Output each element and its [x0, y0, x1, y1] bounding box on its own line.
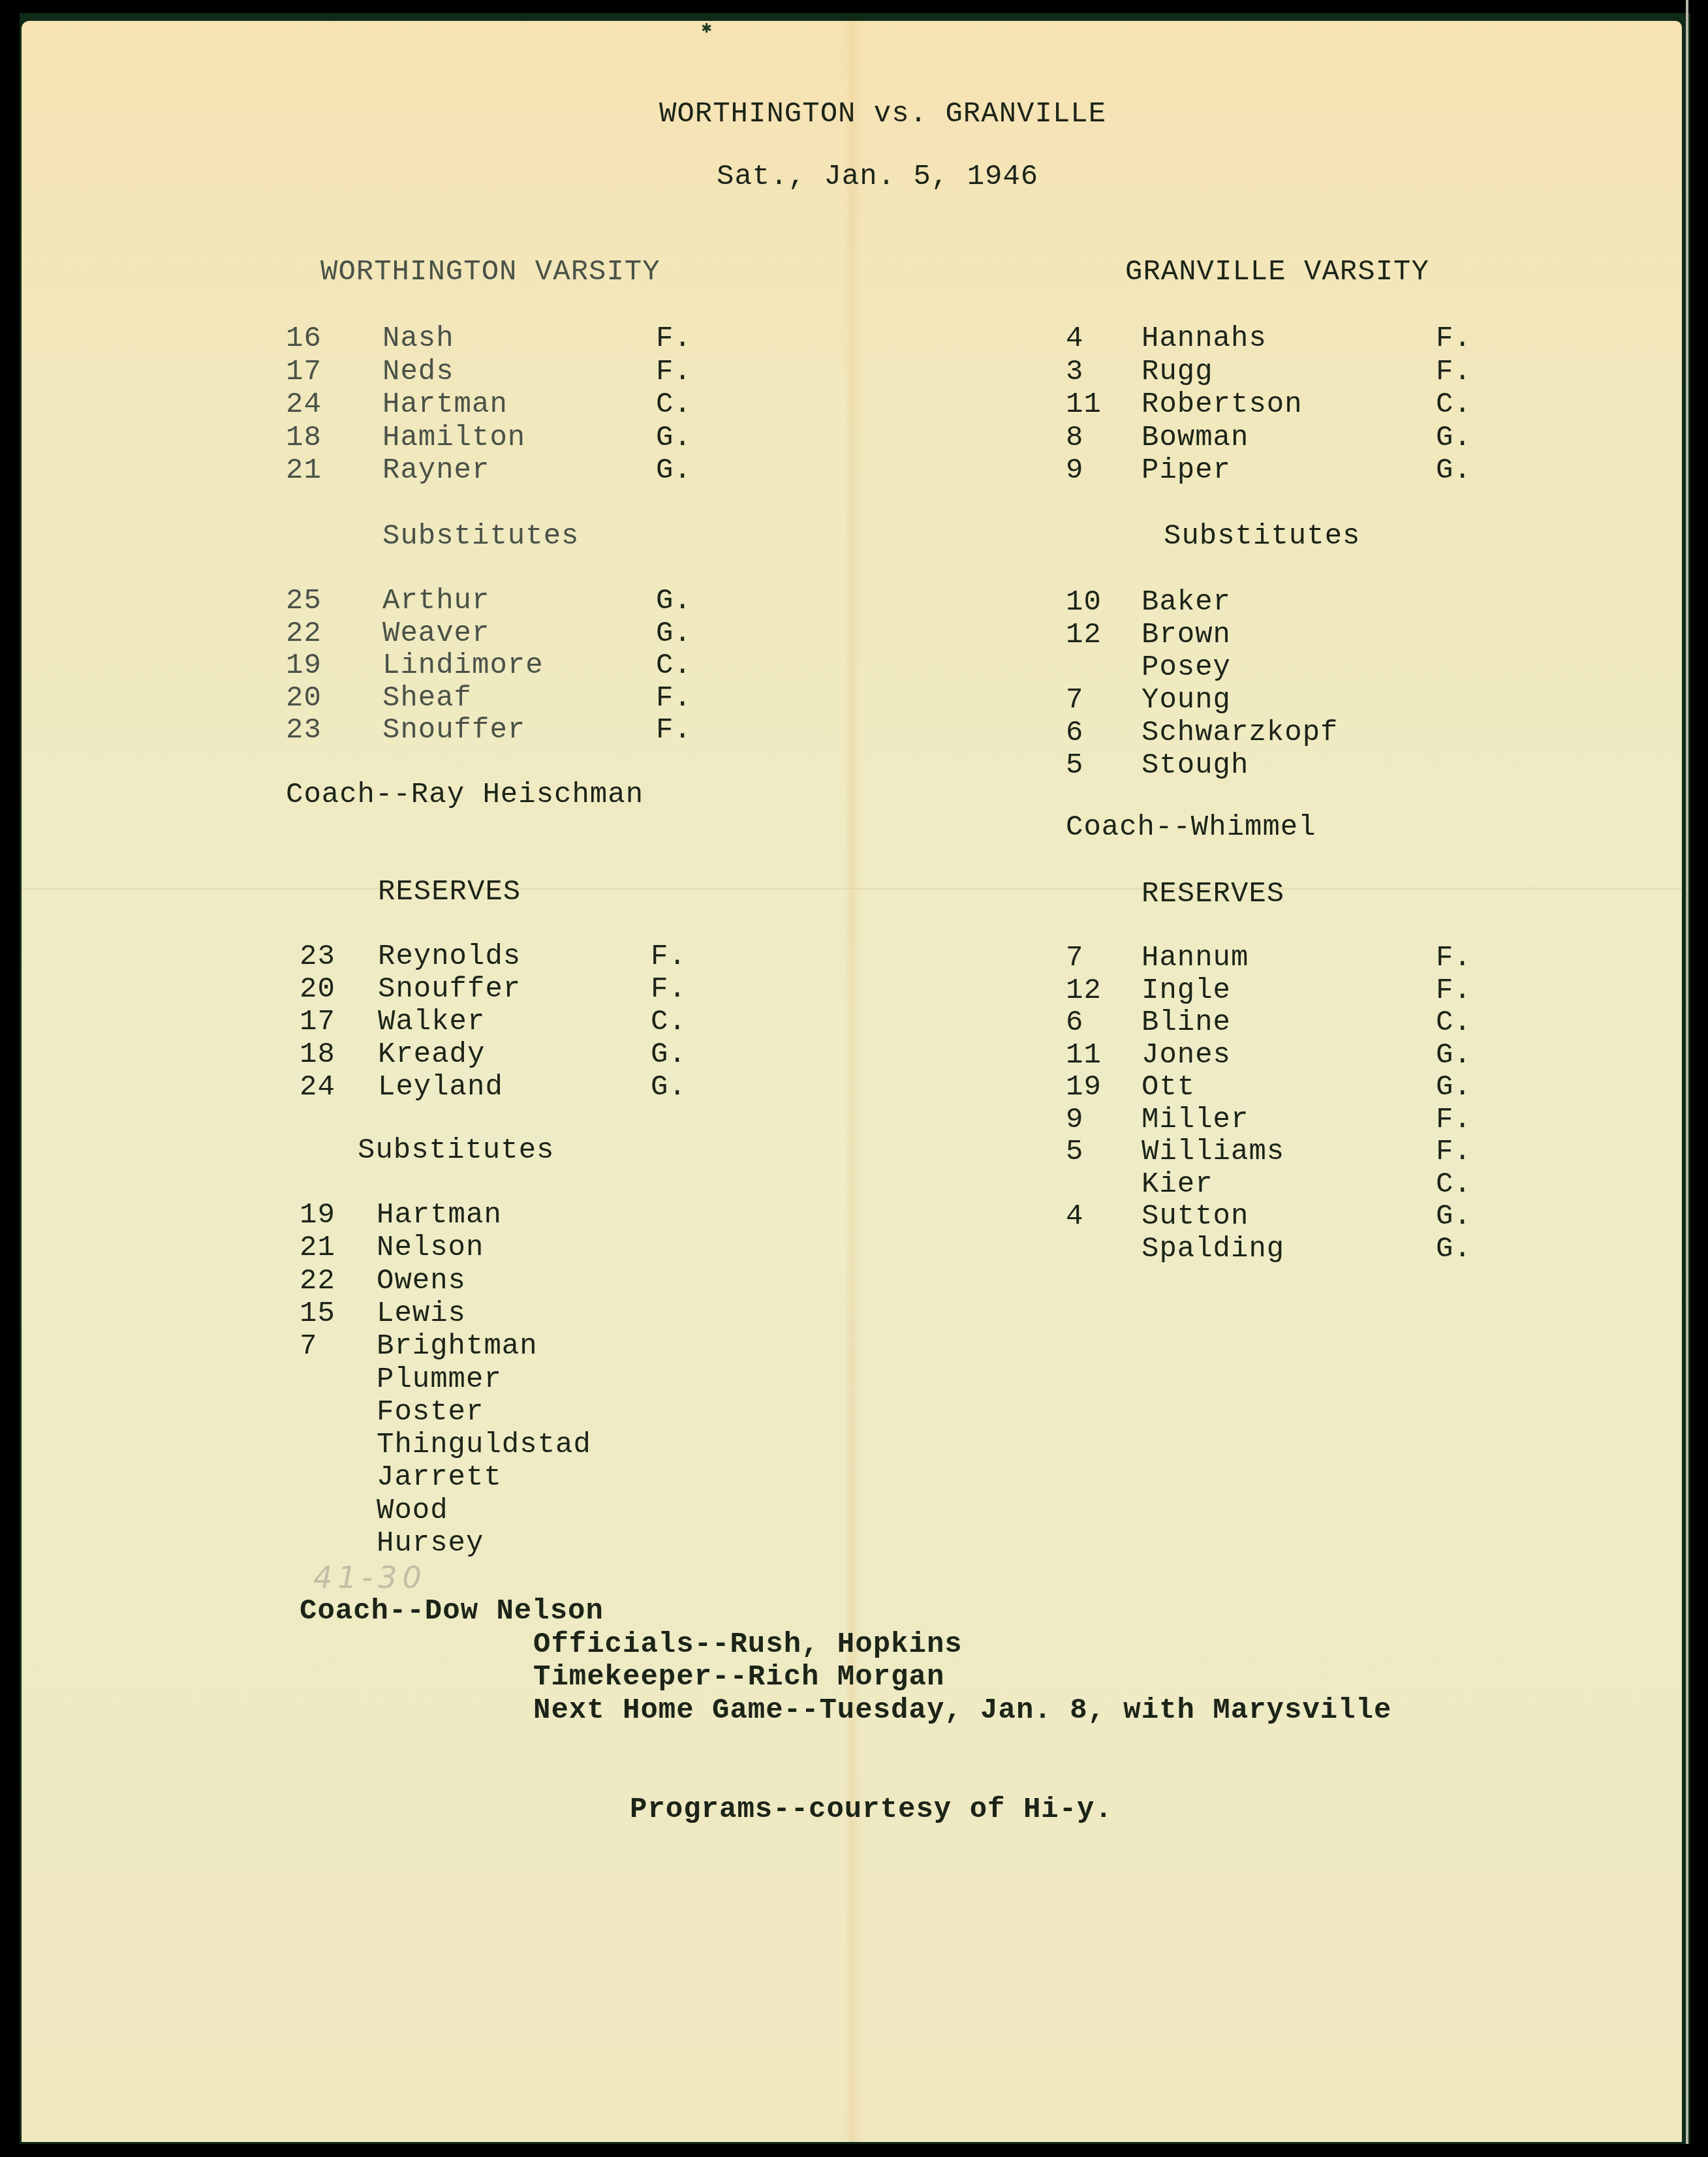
player-number: 9 [1066, 1104, 1083, 1136]
player-name: Sutton [1141, 1200, 1249, 1233]
granville-varsity-heading: GRANVILLE VARSITY [1125, 256, 1429, 288]
player-position: G. [656, 454, 692, 487]
player-name: Jones [1141, 1039, 1231, 1072]
player-number: 20 [286, 682, 322, 715]
player-name: Plummer [377, 1363, 502, 1396]
player-name: Posey [1141, 651, 1231, 684]
player-position: F. [1436, 942, 1472, 974]
player-position: F. [656, 356, 692, 388]
player-position: F. [1436, 322, 1472, 355]
player-position: C. [1436, 1006, 1472, 1039]
player-position: F. [1436, 1104, 1472, 1136]
player-position: F. [656, 682, 692, 715]
player-name: Hannahs [1141, 322, 1267, 355]
player-name: Foster [377, 1396, 484, 1429]
player-number: 19 [300, 1199, 335, 1232]
player-name: Hannum [1141, 942, 1249, 974]
player-name: Ott [1141, 1071, 1195, 1104]
player-name: Piper [1141, 454, 1231, 487]
player-number: 3 [1066, 356, 1083, 388]
granville-reserves-heading: RESERVES [1141, 878, 1284, 910]
game-date: Sat., Jan. 5, 1946 [717, 161, 1038, 193]
granville-substitutes-heading: Substitutes [1164, 520, 1360, 553]
player-name: Arthur [382, 585, 489, 617]
player-number: 4 [1066, 1200, 1083, 1233]
player-position: F. [1436, 1136, 1472, 1168]
player-number: 16 [286, 322, 322, 355]
player-number: 20 [300, 973, 335, 1006]
player-name: Rugg [1141, 356, 1213, 388]
player-name: Lewis [377, 1297, 466, 1330]
player-position: G. [1436, 1039, 1472, 1072]
player-number: 17 [300, 1006, 335, 1038]
player-number: 6 [1066, 717, 1083, 749]
player-position: G. [1436, 1200, 1472, 1233]
player-position: G. [1436, 1233, 1472, 1265]
player-name: Snouffer [378, 973, 521, 1006]
player-name: Schwarzkopf [1141, 717, 1338, 749]
player-position: C. [656, 388, 692, 421]
player-number: 7 [1066, 684, 1083, 717]
ink-blot-mark: ✱ [702, 21, 716, 35]
player-number: 4 [1066, 322, 1083, 355]
player-name: Walker [378, 1006, 485, 1038]
player-name: Young [1141, 684, 1231, 717]
player-name: Nash [382, 322, 454, 355]
player-number: 22 [300, 1265, 335, 1297]
player-position: F. [651, 973, 687, 1006]
player-position: G. [656, 617, 692, 650]
player-name: Spalding [1141, 1233, 1284, 1265]
player-name: Jarrett [377, 1461, 502, 1494]
player-name: Bowman [1141, 422, 1249, 454]
scan-border-line [1686, 0, 1688, 2144]
paper-fold [22, 888, 1682, 890]
player-position: C. [651, 1006, 687, 1038]
player-name: Stough [1141, 749, 1249, 782]
player-number: 18 [286, 422, 322, 454]
player-position: G. [651, 1071, 687, 1104]
player-name: Hartman [382, 388, 508, 421]
player-position: C. [1436, 1168, 1472, 1201]
worthington-reserves-heading: RESERVES [378, 876, 521, 908]
player-position: G. [1436, 1071, 1472, 1104]
player-position: G. [656, 585, 692, 617]
player-name: Thinguldstad [377, 1429, 591, 1461]
next-game-line: Next Home Game--Tuesday, Jan. 8, with Ma… [533, 1694, 1391, 1727]
player-name: Ingle [1141, 974, 1231, 1007]
player-number: 7 [1066, 942, 1083, 974]
player-number: 23 [300, 940, 335, 973]
player-name: Bline [1141, 1006, 1231, 1039]
player-name: Kier [1141, 1168, 1213, 1201]
scan-border-left [0, 0, 20, 2157]
programs-credit: Programs--courtesy of Hi-y. [630, 1793, 1113, 1826]
player-number: 8 [1066, 422, 1083, 454]
player-position: F. [1436, 356, 1472, 388]
player-name: Brown [1141, 619, 1231, 651]
player-number: 23 [286, 714, 322, 747]
player-number: 11 [1066, 388, 1102, 421]
player-name: Miller [1141, 1104, 1249, 1136]
player-position: G. [656, 422, 692, 454]
player-position: F. [656, 322, 692, 355]
player-number: 25 [286, 585, 322, 617]
timekeeper-line: Timekeeper--Rich Morgan [533, 1661, 944, 1694]
page-title: WORTHINGTON vs. GRANVILLE [659, 98, 1106, 131]
player-number: 6 [1066, 1006, 1083, 1039]
worthington-substitutes-heading: Substitutes [382, 520, 579, 553]
player-number: 19 [286, 649, 322, 682]
player-number: 5 [1066, 749, 1083, 782]
player-name: Hartman [377, 1199, 502, 1232]
player-name: Robertson [1141, 388, 1303, 421]
player-name: Owens [377, 1265, 466, 1297]
player-number: 15 [300, 1297, 335, 1330]
player-number: 10 [1066, 586, 1102, 619]
player-name: Weaver [382, 617, 489, 650]
player-number: 12 [1066, 619, 1102, 651]
player-position: F. [651, 940, 687, 973]
player-number: 19 [1066, 1071, 1102, 1104]
player-number: 24 [300, 1071, 335, 1104]
player-position: C. [656, 649, 692, 682]
player-position: C. [1436, 388, 1472, 421]
player-name: Rayner [382, 454, 489, 487]
player-number: 22 [286, 617, 322, 650]
player-name: Baker [1141, 586, 1231, 619]
player-number: 11 [1066, 1039, 1102, 1072]
player-name: Nelson [377, 1232, 484, 1264]
player-number: 18 [300, 1038, 335, 1071]
officials-line: Officials--Rush, Hopkins [533, 1628, 963, 1661]
worthington-reserves-substitutes-heading: Substitutes [358, 1134, 554, 1167]
player-number: 21 [300, 1232, 335, 1264]
player-name: Hursey [377, 1527, 484, 1560]
player-name: Wood [377, 1495, 448, 1527]
player-name: Williams [1141, 1136, 1284, 1168]
player-name: Neds [382, 356, 454, 388]
player-name: Reynolds [378, 940, 521, 973]
player-number: 9 [1066, 454, 1083, 487]
worthington-reserves-coach: Coach--Dow Nelson [300, 1595, 604, 1628]
player-number: 21 [286, 454, 322, 487]
granville-varsity-coach: Coach--Whimmel [1066, 811, 1316, 844]
player-position: G. [1436, 454, 1472, 487]
player-number: 7 [300, 1330, 317, 1363]
player-position: G. [1436, 422, 1472, 454]
pencil-score-note: 41-30 [313, 1560, 427, 1595]
player-position: G. [651, 1038, 687, 1071]
worthington-varsity-coach: Coach--Ray Heischman [286, 779, 644, 811]
player-number: 17 [286, 356, 322, 388]
player-number: 12 [1066, 974, 1102, 1007]
player-position: F. [1436, 974, 1472, 1007]
worthington-varsity-heading: WORTHINGTON VARSITY [320, 256, 660, 288]
player-position: F. [656, 714, 692, 747]
player-name: Sheaf [382, 682, 472, 715]
player-name: Lindimore [382, 649, 544, 682]
player-name: Hamilton [382, 422, 525, 454]
player-name: Leyland [378, 1071, 503, 1104]
player-name: Snouffer [382, 714, 525, 747]
player-number: 24 [286, 388, 322, 421]
player-name: Kready [378, 1038, 485, 1071]
player-number: 5 [1066, 1136, 1083, 1168]
scan-border-right [1690, 0, 1708, 2157]
player-name: Brightman [377, 1330, 538, 1363]
